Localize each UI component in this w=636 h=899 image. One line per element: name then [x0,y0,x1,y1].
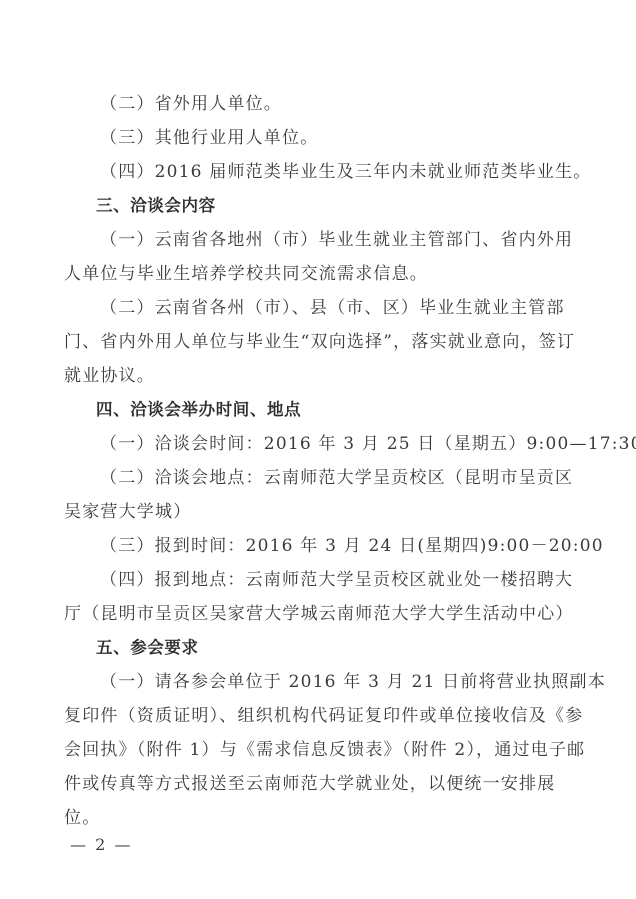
section-heading-4: 四、洽谈会举办时间、地点 [96,400,616,420]
paragraph-3-2-line-3: 就业协议。 [64,366,584,386]
registration-time: （三）报到时间：2016 年 3 月 24 日(星期四)9:00－20:00 [100,536,620,556]
requirement-1-line-2: 复印件（资质证明）、组织机构代码证复印件或单位接收信及《参 [64,706,584,726]
document-page: （二）省外用人单位。 （三）其他行业用人单位。 （四）2016 届师范类毕业生及… [0,0,636,899]
paragraph-3-2-line-2: 门、省内外用人单位与毕业生“双向选择”，落实就业意向，签订 [64,332,584,352]
section-heading-3: 三、洽谈会内容 [96,196,616,216]
fair-time: （一）洽谈会时间：2016 年 3 月 25 日（星期五）9:00—17:30 [100,434,620,454]
section-heading-5: 五、参会要求 [96,638,616,658]
requirement-1-line-3: 会回执》（附件 1）与《需求信息反馈表》（附件 2），通过电子邮 [64,740,584,760]
paragraph-3-1-line-1: （一）云南省各地州（市）毕业生就业主管部门、省内外用 [100,230,584,250]
list-item-other-industry-employers: （三）其他行业用人单位。 [100,128,620,148]
requirement-1-line-5: 位。 [64,808,584,828]
requirement-1-line-1: （一）请各参会单位于 2016 年 3 月 21 日前将营业执照副本 [100,672,620,692]
paragraph-3-1-line-2: 人单位与毕业生培养学校共同交流需求信息。 [64,264,584,284]
fair-location-line-2: 吴家营大学城） [64,502,584,522]
registration-location-line-2: 厅（昆明市呈贡区吴家营大学城云南师范大学大学生活动中心） [64,604,584,624]
list-item-graduates: （四）2016 届师范类毕业生及三年内未就业师范类毕业生。 [100,162,620,182]
paragraph-3-2-line-1: （二）云南省各州（市）、县（市、区）毕业生就业主管部 [100,298,584,318]
requirement-1-line-4: 件或传真等方式报送至云南师范大学就业处，以便统一安排展 [64,774,584,794]
fair-location-line-1: （二）洽谈会地点：云南师范大学呈贡校区（昆明市呈贡区 [100,468,620,488]
registration-location-line-1: （四）报到地点：云南师范大学呈贡校区就业处一楼招聘大 [100,570,620,590]
page-number: — 2 — [70,835,132,854]
list-item-out-of-province-employers: （二）省外用人单位。 [100,94,620,114]
